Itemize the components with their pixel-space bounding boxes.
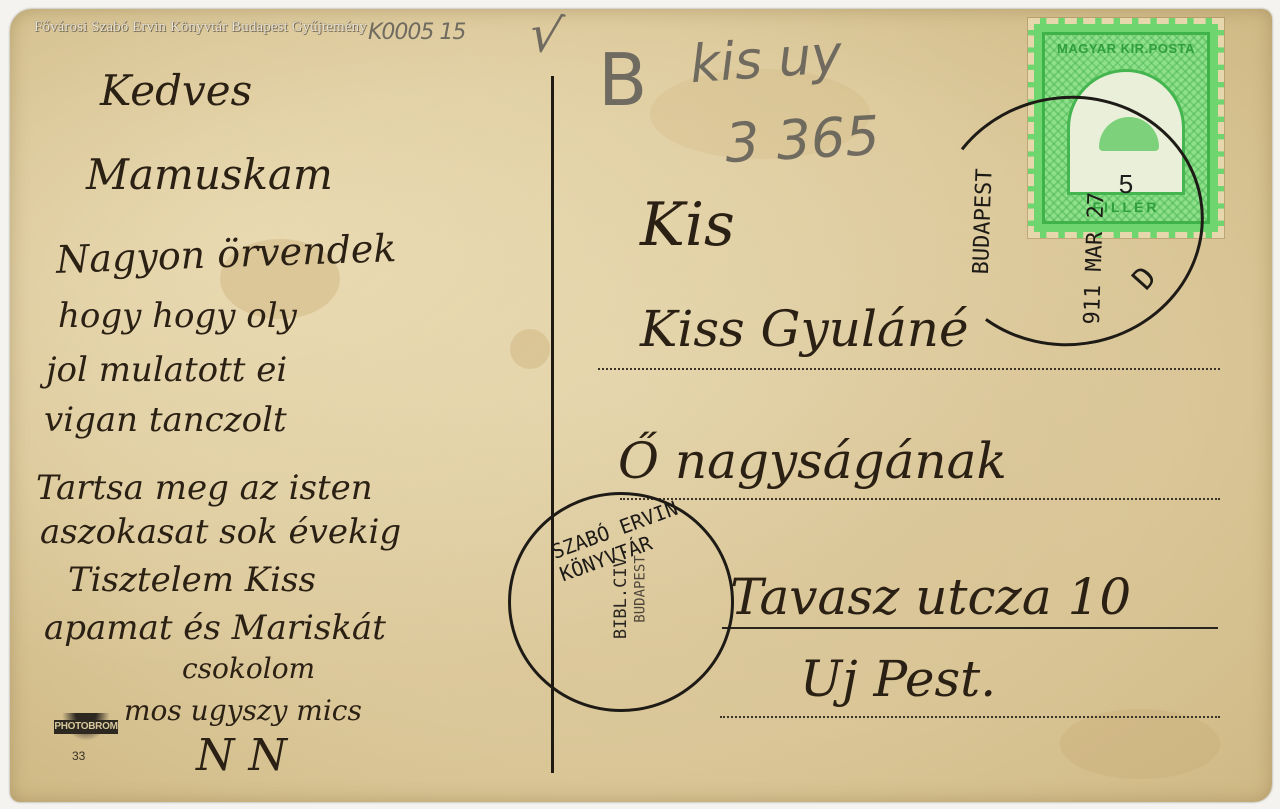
stamp-title: MAGYAR KIR.POSTA	[1045, 41, 1207, 56]
address-title: Ő nagyságának	[618, 432, 1007, 490]
collection-watermark: Fővárosi Szabó Ervin Könyvtár Budapest G…	[34, 19, 367, 36]
address-line-4	[720, 716, 1220, 718]
message-line: Tisztelem Kiss	[68, 560, 316, 600]
message-line: csokolom	[182, 652, 315, 685]
address-line-1	[598, 368, 1220, 370]
postmark-date: 911 MAR 27	[1080, 192, 1110, 325]
address-city: Uj Pest.	[800, 650, 996, 708]
postmark-city: BUDAPEST	[969, 168, 998, 275]
message-line: mos ugyszy mics	[124, 694, 362, 727]
message-line: Mamuskam	[86, 150, 333, 199]
message-line: Tartsa meg az isten	[36, 468, 373, 508]
message-line: jol mulatott ei	[46, 350, 287, 390]
stain	[1060, 709, 1220, 779]
address-honorific: Kis	[640, 190, 735, 260]
message-line: vigan tanczolt	[44, 400, 287, 440]
pencil-letter: B	[598, 38, 647, 122]
archive-reference-number: K0005 15	[368, 20, 465, 45]
message-line: apamat és Mariskát	[44, 608, 386, 648]
publisher-logo-text: PHOTOBROM	[54, 720, 118, 734]
message-line: Kedves	[100, 66, 252, 115]
pencil-annotation: kis uy	[688, 25, 844, 95]
library-postmark: SZABÓ ERVIN KÖNYVTÁR BIBL.CIV. BUDAPEST	[508, 492, 734, 712]
address-name: Kiss Gyuláné	[640, 300, 969, 358]
publisher-number: 33	[72, 749, 85, 763]
message-line: aszokasat sok évekig	[40, 512, 401, 552]
address-line-3	[722, 627, 1218, 629]
postmark-letter: D	[1126, 260, 1164, 297]
message-line: hogy hogy oly	[58, 296, 297, 336]
address-street: Tavasz utcza 10	[730, 568, 1131, 626]
library-center-text: BIBL.CIV.	[611, 547, 631, 639]
signature: N N	[196, 730, 287, 781]
stain	[510, 329, 550, 369]
library-center-text-2: BUDAPEST	[633, 555, 649, 622]
publisher-logo: PHOTOBROM	[54, 713, 118, 741]
pencil-number: 3 365	[723, 104, 881, 175]
